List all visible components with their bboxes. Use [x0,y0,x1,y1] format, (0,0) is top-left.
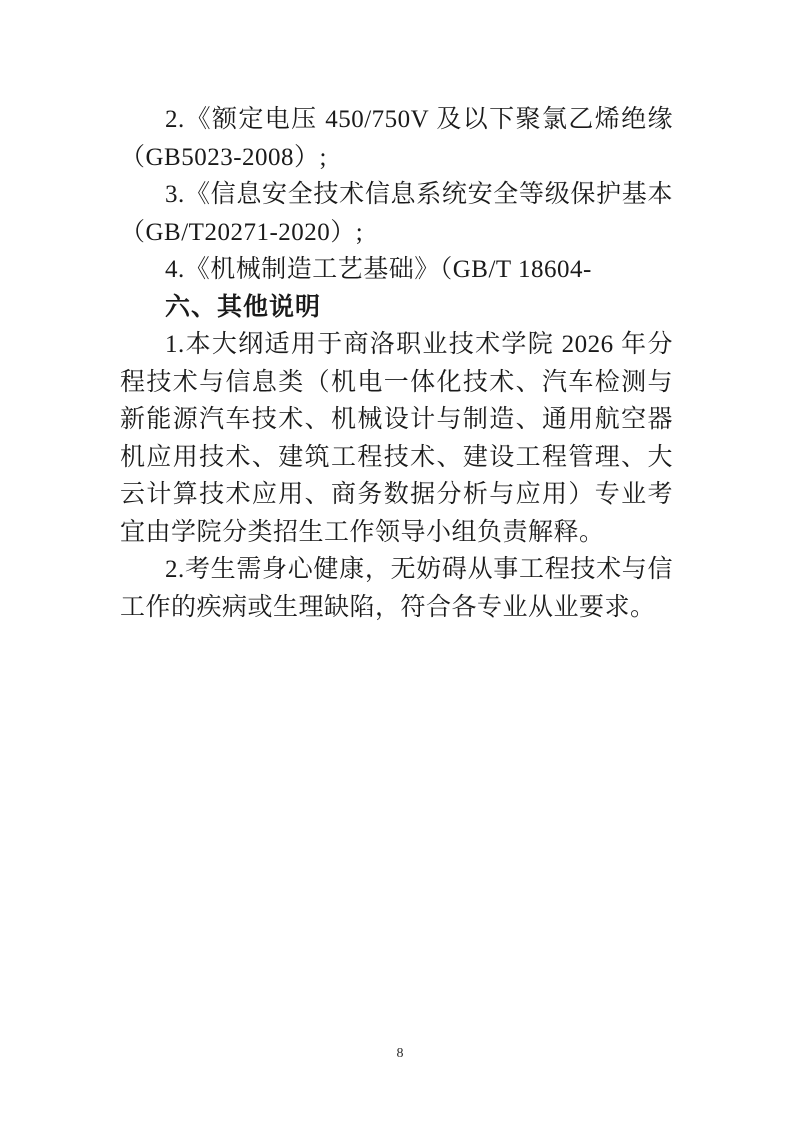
text-line: 2.《额定电压 450/750V 及以下聚氯乙烯绝缘电缆》 [120,101,673,139]
text-line: 宜由学院分类招生工作领导小组负责解释。 [120,514,673,552]
text-line: 程技术与信息类（机电一体化技术、汽车检测与维修技术、 [120,364,673,402]
text-line: （GB5023-2008）; [120,139,673,177]
page-number: 8 [0,1046,800,1062]
text-line: 1.本大纲适用于商洛职业技术学院 2026 年分类招生工 [120,326,673,364]
document-page: 2.《额定电压 450/750V 及以下聚氯乙烯绝缘电缆》（GB5023-200… [0,0,800,1131]
text-line: 2.考生需身心健康，无妨碍从事工程技术与信息类相关 [120,551,673,589]
text-line: 新能源汽车技术、机械设计与制造、通用航空器维修、无人 [120,401,673,439]
text-line: （GB/T20271-2020）; [120,214,673,252]
text-line: 3.《信息安全技术信息系统安全等级保护基本要求》 [120,176,673,214]
text-line: 机应用技术、建筑工程技术、建设工程管理、大数据技术、 [120,439,673,477]
text-line: 工作的疾病或生理缺陷，符合各专业从业要求。 [120,589,673,627]
section-heading: 六、其他说明 [120,289,673,327]
document-body: 2.《额定电压 450/750V 及以下聚氯乙烯绝缘电缆》（GB5023-200… [120,101,673,626]
text-line: 4.《机械制造工艺基础》（GB/T 18604-2017）。 [120,251,673,289]
text-line: 云计算技术应用、商务数据分析与应用）专业考试，未尽事 [120,476,673,514]
